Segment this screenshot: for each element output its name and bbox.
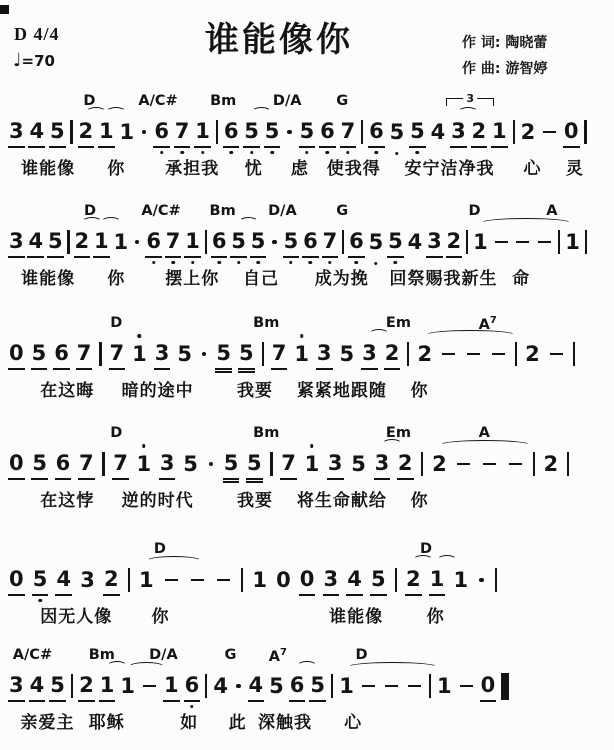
scan-artifact bbox=[0, 5, 9, 14]
note-digit: 4 bbox=[55, 564, 72, 596]
note-digit: 3 bbox=[361, 338, 378, 370]
note-digit: 5 bbox=[250, 226, 267, 258]
chord-label: D bbox=[83, 93, 95, 109]
system-2: DA/C#BmD/AGDA34521167165556765543211谁能像你… bbox=[8, 203, 606, 288]
chord-label: Bm bbox=[253, 425, 279, 441]
duration-dash bbox=[214, 565, 233, 595]
augmentation-dot bbox=[132, 227, 143, 257]
lyric-row: 谁能像你摆上你自己成为挽回祭赐我新生命 bbox=[8, 264, 606, 288]
note-digit: 2 bbox=[384, 338, 401, 370]
note-digit: 5 bbox=[283, 226, 300, 258]
lyric-syllable: 你 bbox=[410, 486, 428, 511]
duration-dash bbox=[489, 339, 508, 369]
note-digit: 3 bbox=[323, 564, 340, 596]
note-digit: 7 bbox=[112, 448, 129, 480]
composer-credit: 作 曲: 游智婷 bbox=[462, 56, 547, 82]
note-digit: 1 bbox=[472, 227, 489, 257]
duration-dash bbox=[439, 339, 458, 369]
chord-label: D bbox=[355, 647, 367, 663]
duration-dash bbox=[547, 339, 566, 369]
note-digit: 5 bbox=[368, 227, 385, 257]
augmentation-dot bbox=[233, 671, 244, 701]
augmentation-dot bbox=[199, 339, 210, 369]
chord-label: D bbox=[420, 541, 432, 557]
notes-row: 056771355571353222 bbox=[8, 337, 576, 371]
note-digit: 1 bbox=[251, 565, 268, 595]
chord-label: D bbox=[154, 541, 166, 557]
note-digit: 5 bbox=[299, 116, 316, 148]
octave-dot-above bbox=[142, 444, 146, 448]
note-digit: 6 bbox=[223, 116, 240, 148]
note-digit: 1 bbox=[136, 449, 153, 479]
lyric-syllable: 在这晦 bbox=[40, 376, 94, 401]
chord-label: D bbox=[84, 203, 96, 219]
note-digit: 5 bbox=[309, 670, 326, 702]
barline bbox=[204, 227, 208, 257]
barline bbox=[360, 117, 364, 147]
note-digit: 6 bbox=[184, 670, 201, 702]
note-digit: 6 bbox=[289, 670, 306, 702]
note-digit: 2 bbox=[542, 449, 559, 479]
note-digit: 5 bbox=[389, 117, 406, 147]
chord-row: DD bbox=[8, 541, 606, 563]
system-3: DBmEmA7056771355571353222在这晦暗的途中我要紧紧地跟随你 bbox=[8, 315, 606, 400]
notes-row: 056771355571353222 bbox=[8, 447, 570, 481]
note-digit: 1 bbox=[491, 116, 508, 148]
chord-label: D/A bbox=[268, 203, 297, 219]
chord-label: A7 bbox=[479, 315, 497, 333]
note-digit: 4 bbox=[212, 671, 229, 701]
duration-dash bbox=[457, 671, 476, 701]
lyric-syllable: 心 bbox=[523, 154, 541, 179]
note-digit: 2 bbox=[431, 449, 448, 479]
note-digit: 33 bbox=[450, 116, 467, 148]
chord-label: A/C# bbox=[138, 93, 177, 109]
lyric-syllable: 使我得 bbox=[327, 154, 381, 179]
duration-dash bbox=[162, 565, 181, 595]
duration-dash bbox=[140, 671, 159, 701]
note-digit: 2 bbox=[74, 226, 91, 258]
chord-row: DBmEmA bbox=[8, 425, 606, 447]
notes-row: 054321100345211 bbox=[8, 563, 498, 597]
note-digit: 2 bbox=[405, 564, 422, 596]
chord-label: D bbox=[468, 203, 480, 219]
note-digit: 6 bbox=[145, 226, 162, 258]
chord-label: Bm bbox=[89, 647, 115, 663]
quarter-note-icon: ♩ bbox=[13, 50, 22, 71]
lyric-syllable: 你 bbox=[410, 376, 428, 401]
note-digit: 1 bbox=[429, 564, 446, 596]
note-digit: 1 bbox=[138, 565, 155, 595]
duration-dash bbox=[506, 449, 525, 479]
chord-row: DBmEmA7 bbox=[8, 315, 606, 337]
duration-dash bbox=[464, 339, 483, 369]
note-digit: 6 bbox=[55, 448, 72, 480]
note-digit: 5 bbox=[176, 339, 193, 369]
lyric-row: 谁能像你承担我忧虑使我得安宁洁净我心灵 bbox=[8, 154, 606, 178]
chord-label: A/C# bbox=[13, 647, 52, 663]
barline bbox=[98, 339, 102, 369]
augmentation-dot bbox=[139, 117, 150, 147]
note-digit: 1 bbox=[453, 565, 470, 595]
note-digit: 1 bbox=[112, 227, 129, 257]
barline bbox=[240, 565, 244, 595]
note-digit: 3 bbox=[8, 670, 25, 702]
lyric-syllable: 你 bbox=[107, 154, 125, 179]
note-digit: 5 bbox=[32, 564, 49, 596]
notes-row: 3452116716555676554332120 bbox=[8, 115, 588, 149]
note-digit: 6 bbox=[348, 226, 365, 258]
note-digit: 6 bbox=[211, 226, 228, 258]
note-digit: 3 bbox=[374, 448, 391, 480]
barline bbox=[261, 339, 265, 369]
note-digit: 5 bbox=[370, 564, 387, 596]
note-digit: 1 bbox=[293, 339, 310, 369]
note-digit: 3 bbox=[8, 226, 25, 258]
duration-dash bbox=[540, 117, 559, 147]
note-digit: 5 bbox=[49, 670, 66, 702]
note-digit: 5 bbox=[387, 226, 404, 258]
barline bbox=[566, 449, 570, 479]
note-digit: 1 bbox=[118, 117, 135, 147]
note-digit: 7 bbox=[280, 448, 297, 480]
note-digit: 3 bbox=[316, 338, 333, 370]
song-title: 谁能像你 bbox=[205, 12, 353, 61]
barline bbox=[127, 565, 131, 595]
lyric-syllable: 命 bbox=[512, 264, 530, 289]
note-digit: 1 bbox=[436, 671, 453, 701]
note-digit: 1 bbox=[338, 671, 355, 701]
note-digit: 4 bbox=[29, 670, 46, 702]
chord-label: A bbox=[479, 425, 490, 441]
note-digit: 5 bbox=[246, 448, 263, 480]
lyric-syllable: 忧 bbox=[245, 154, 263, 179]
lyric-row: 亲爱主耶稣如此深触我心 bbox=[8, 708, 606, 732]
note-digit: 3 bbox=[79, 565, 96, 595]
note-digit: 1 bbox=[184, 226, 201, 258]
note-digit: 2 bbox=[78, 116, 95, 148]
barline bbox=[514, 339, 518, 369]
barline bbox=[330, 671, 334, 701]
lyric-syllable: 谁能像 bbox=[21, 264, 75, 289]
note-digit: 5 bbox=[47, 226, 64, 258]
note-digit: 7 bbox=[76, 338, 93, 370]
barline bbox=[70, 671, 74, 701]
note-digit: 2 bbox=[103, 564, 120, 596]
note-digit: 1 bbox=[98, 116, 115, 148]
note-digit: 2 bbox=[471, 116, 488, 148]
note-digit: 7 bbox=[271, 338, 288, 370]
barline bbox=[428, 671, 432, 701]
chord-label: G bbox=[336, 93, 348, 109]
augmentation-dot bbox=[476, 565, 487, 595]
augmentation-dot bbox=[206, 449, 217, 479]
note-digit: 2 bbox=[446, 226, 463, 258]
note-digit: 2 bbox=[524, 339, 541, 369]
note-digit: 0 bbox=[8, 448, 25, 480]
note-digit: 5 bbox=[31, 448, 48, 480]
barline bbox=[494, 565, 498, 595]
augmentation-dot bbox=[269, 227, 280, 257]
note-digit: 5 bbox=[215, 338, 232, 370]
note-digit: 6 bbox=[153, 116, 170, 148]
lyric-syllable: 紧紧地跟随 bbox=[297, 376, 387, 401]
note-digit: 7 bbox=[165, 226, 182, 258]
note-digit: 1 bbox=[119, 671, 136, 701]
final-barline bbox=[500, 671, 510, 701]
note-digit: 3 bbox=[8, 116, 25, 148]
notes-row: 34521167165556765543211 bbox=[8, 225, 588, 259]
lyric-row: 因无人像你谁能像你 bbox=[8, 602, 606, 626]
note-digit: 6 bbox=[302, 226, 319, 258]
chord-label: D bbox=[110, 425, 122, 441]
note-digit: 7 bbox=[322, 226, 339, 258]
note-digit: 2 bbox=[416, 339, 433, 369]
lyric-syllable: 谁能像 bbox=[329, 602, 383, 627]
lyric-syllable: 自己 bbox=[243, 264, 279, 289]
lyricist-credit: 作 词: 陶晓蕾 bbox=[462, 30, 547, 56]
notes-row: 3452111644565110 bbox=[8, 669, 510, 703]
barline bbox=[69, 117, 73, 147]
octave-dot-above bbox=[310, 444, 314, 448]
note-digit: 4 bbox=[248, 670, 265, 702]
chord-label: A bbox=[546, 203, 557, 219]
chord-label: Bm bbox=[210, 203, 236, 219]
note-digit: 4 bbox=[430, 117, 447, 147]
barline bbox=[204, 671, 208, 701]
chord-label: D bbox=[110, 315, 122, 331]
duration-dash bbox=[188, 565, 207, 595]
note-digit: 5 bbox=[339, 339, 356, 369]
chord-label: Bm bbox=[253, 315, 279, 331]
note-digit: 7 bbox=[78, 448, 95, 480]
note-digit: 0 bbox=[8, 338, 25, 370]
duration-dash bbox=[405, 671, 424, 701]
note-digit: 7 bbox=[174, 116, 191, 148]
lyric-syllable: 因无人像 bbox=[40, 602, 112, 627]
lyric-syllable: 你 bbox=[107, 264, 125, 289]
lyric-syllable: 摆上你 bbox=[165, 264, 219, 289]
note-digit: 3 bbox=[327, 448, 344, 480]
lyric-syllable: 暗的途中 bbox=[122, 376, 194, 401]
note-digit: 5 bbox=[264, 116, 281, 148]
barline bbox=[215, 117, 219, 147]
note-digit: 5 bbox=[182, 449, 199, 479]
note-digit: 0 bbox=[563, 116, 580, 148]
note-digit: 5 bbox=[350, 449, 367, 479]
system-1: DA/C#BmD/AGA3452116716555676554332120谁能像… bbox=[8, 93, 606, 178]
chord-label: A7 bbox=[269, 647, 287, 665]
note-digit: 4 bbox=[27, 226, 44, 258]
note-digit: 0 bbox=[275, 565, 292, 595]
note-digit: 1 bbox=[304, 449, 321, 479]
note-digit: 4 bbox=[407, 227, 424, 257]
lyric-syllable: 此 bbox=[229, 708, 247, 733]
barline bbox=[572, 339, 576, 369]
barline bbox=[512, 117, 516, 147]
duration-dash bbox=[535, 227, 554, 257]
note-digit: 2 bbox=[520, 117, 537, 147]
lyric-syllable: 灵 bbox=[566, 154, 584, 179]
lyric-syllable: 承担我 bbox=[165, 154, 219, 179]
lyric-syllable: 你 bbox=[152, 602, 170, 627]
note-digit: 7 bbox=[109, 338, 126, 370]
key-signature: D 4/4 bbox=[14, 24, 60, 45]
system-6: A/C#BmD/AGA7D3452111644565110亲爱主耶稣如此深触我心 bbox=[8, 647, 606, 732]
barline bbox=[269, 449, 273, 479]
chord-label: A bbox=[465, 93, 476, 109]
note-digit: 1 bbox=[194, 116, 211, 148]
note-digit: 6 bbox=[368, 116, 385, 148]
chord-label: D/A bbox=[273, 93, 302, 109]
note-digit: 5 bbox=[31, 338, 48, 370]
note-digit: 5 bbox=[223, 448, 240, 480]
lyric-syllable: 深触我 bbox=[258, 708, 312, 733]
barline bbox=[101, 449, 105, 479]
note-digit: 0 bbox=[8, 564, 25, 596]
lyric-syllable: 在这悖 bbox=[40, 486, 94, 511]
duration-dash bbox=[359, 671, 378, 701]
chord-row: DA/C#BmD/AGA bbox=[8, 93, 606, 115]
barline bbox=[583, 117, 587, 147]
barline bbox=[66, 227, 70, 257]
note-digit: 1 bbox=[564, 227, 581, 257]
note-digit: 1 bbox=[93, 226, 110, 258]
note-digit: 5 bbox=[268, 671, 285, 701]
note-digit: 5 bbox=[243, 116, 260, 148]
chord-label: G bbox=[336, 203, 348, 219]
note-digit: 4 bbox=[28, 116, 45, 148]
note-digit: 3 bbox=[426, 226, 443, 258]
chord-label: Em bbox=[386, 425, 411, 441]
chord-label: G bbox=[224, 647, 236, 663]
lyric-syllable: 将生命献给 bbox=[297, 486, 387, 511]
note-digit: 0 bbox=[480, 670, 497, 702]
augmentation-dot bbox=[284, 117, 295, 147]
system-4: DBmEmA056771355571353222在这悖逆的时代我要将生命献给你 bbox=[8, 425, 606, 510]
duration-dash bbox=[382, 671, 401, 701]
lyric-syllable: 成为挽 bbox=[315, 264, 369, 289]
note-digit: 5 bbox=[230, 226, 247, 258]
barline bbox=[341, 227, 345, 257]
note-digit: 4 bbox=[346, 564, 363, 596]
duration-dash bbox=[454, 449, 473, 479]
note-digit: 2 bbox=[397, 448, 414, 480]
chord-label: Em bbox=[386, 315, 411, 331]
lyric-syllable: 我要 bbox=[237, 376, 273, 401]
note-digit: 1 bbox=[99, 670, 116, 702]
duration-dash bbox=[513, 227, 532, 257]
lyric-syllable: 回祭赐我新生 bbox=[390, 264, 498, 289]
note-digit: 7 bbox=[340, 116, 357, 148]
chord-row: A/C#BmD/AGA7D bbox=[8, 647, 606, 669]
chord-row: DA/C#BmD/AGDA bbox=[8, 203, 606, 225]
lyric-syllable: 逆的时代 bbox=[122, 486, 194, 511]
note-digit: 5 bbox=[238, 338, 255, 370]
lyric-syllable: 虑 bbox=[291, 154, 309, 179]
barline bbox=[532, 449, 536, 479]
lyric-syllable: 你 bbox=[427, 602, 445, 627]
note-digit: 1 bbox=[163, 670, 180, 702]
duration-dash bbox=[480, 449, 499, 479]
note-digit: 3 bbox=[154, 338, 171, 370]
barline bbox=[394, 565, 398, 595]
lyric-row: 在这晦暗的途中我要紧紧地跟随你 bbox=[8, 376, 606, 400]
lyric-syllable: 亲爱主 bbox=[21, 708, 75, 733]
sheet-music-page: D 4/4 ♩=70 谁能像你 作 词: 陶晓蕾 作 曲: 游智婷 DA/C#B… bbox=[0, 0, 614, 750]
note-digit: 0 bbox=[299, 564, 316, 596]
tempo-value: =70 bbox=[22, 52, 55, 70]
credits: 作 词: 陶晓蕾 作 曲: 游智婷 bbox=[462, 30, 547, 82]
barline bbox=[557, 227, 561, 257]
octave-dot-above bbox=[300, 334, 304, 338]
chord-label: D/A bbox=[149, 647, 178, 663]
lyric-row: 在这悖逆的时代我要将生命献给你 bbox=[8, 486, 606, 510]
lyric-syllable: 如 bbox=[180, 708, 198, 733]
note-digit: 2 bbox=[78, 670, 95, 702]
octave-dot-above bbox=[138, 334, 142, 338]
lyric-syllable: 安宁洁净我 bbox=[404, 154, 494, 179]
lyric-syllable: 我要 bbox=[237, 486, 273, 511]
lyric-syllable: 谁能像 bbox=[21, 154, 75, 179]
barline bbox=[465, 227, 469, 257]
note-digit: 5 bbox=[409, 116, 426, 148]
system-5: DD054321100345211因无人像你谁能像你 bbox=[8, 541, 606, 626]
note-digit: 3 bbox=[159, 448, 176, 480]
note-digit: 6 bbox=[53, 338, 70, 370]
barline bbox=[420, 449, 424, 479]
barline bbox=[584, 227, 588, 257]
chord-label: Bm bbox=[210, 93, 236, 109]
note-digit: 5 bbox=[49, 116, 66, 148]
lyric-syllable: 耶稣 bbox=[89, 708, 125, 733]
barline bbox=[406, 339, 410, 369]
lyric-syllable: 心 bbox=[344, 708, 362, 733]
chord-label: A/C# bbox=[141, 203, 180, 219]
duration-dash bbox=[492, 227, 511, 257]
note-digit: 6 bbox=[319, 116, 336, 148]
note-digit: 1 bbox=[131, 339, 148, 369]
tempo-marking: ♩=70 bbox=[13, 50, 55, 71]
